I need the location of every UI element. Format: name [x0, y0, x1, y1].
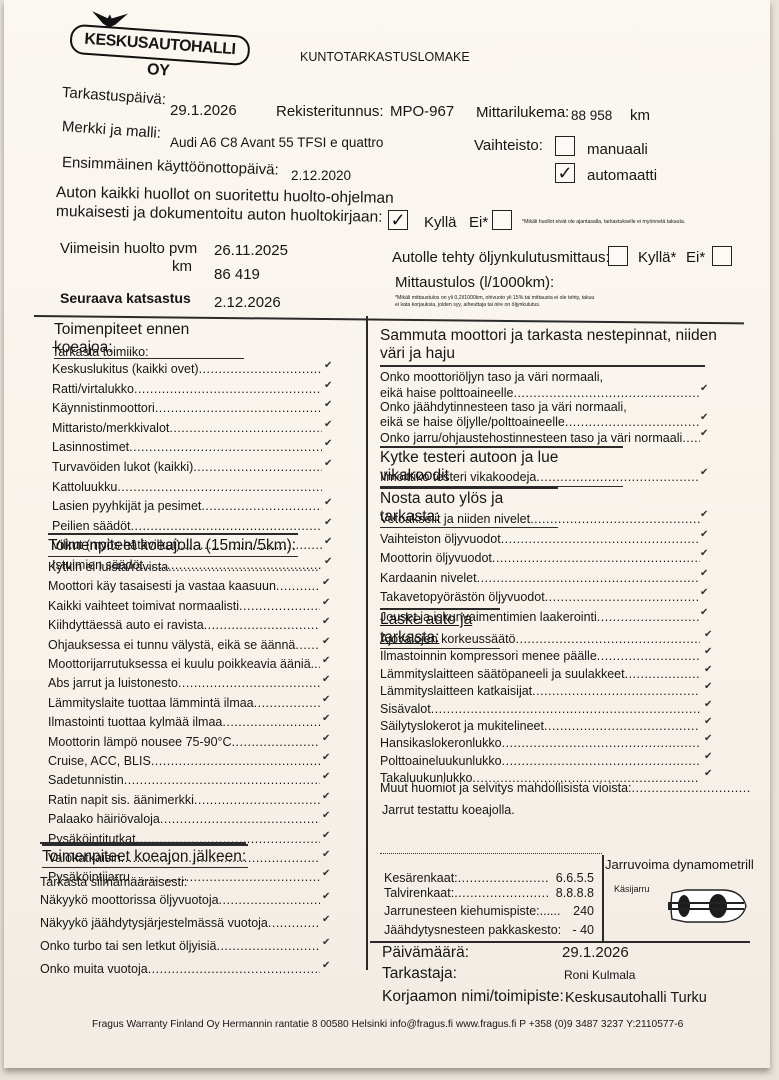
measurement-value[interactable]: - 40	[572, 923, 594, 937]
check-tick-icon[interactable]: ✔	[700, 383, 708, 394]
leader-dots	[501, 532, 700, 546]
check-tick-icon[interactable]: ✔	[322, 771, 330, 782]
checklist-item-label: Kytkin ei luista/ravista	[48, 560, 168, 574]
checklist-row: Sadetunnistin	[48, 773, 320, 787]
checklist-item-label: Kattoluukku	[52, 480, 117, 494]
oil-measurement-yes-checkbox[interactable]	[608, 246, 628, 266]
check-tick-icon[interactable]: ✔	[700, 607, 708, 618]
checklist-row: Lasien pyyhkijät ja pesimet	[52, 499, 322, 513]
checklist-item-label: Vaihteiston öljyvuodot	[380, 532, 501, 546]
check-tick-icon[interactable]: ✔	[322, 849, 330, 860]
signoff-divider	[370, 941, 750, 943]
check-tick-icon[interactable]: ✔	[704, 664, 712, 675]
leader-dots	[314, 657, 320, 671]
leader-dots	[295, 638, 320, 652]
last-service-km: 86 419	[214, 266, 260, 283]
transmission-manual-label: manuaali	[587, 141, 648, 158]
checklist-row: Peilien säädöt	[52, 519, 322, 533]
check-tick-icon[interactable]: ✔	[324, 536, 332, 547]
brake-dyno-title: Jarruvoima dynamometrill	[605, 857, 754, 872]
oil-measurement-no-checkbox[interactable]	[712, 246, 732, 266]
checklist-row: Kiihdyttäessä auto ei ravista	[48, 618, 320, 632]
checklist-row: Lämmityslaite tuottaa lämmintä ilmaa	[48, 696, 320, 710]
checklist-item-label-line1: Onko moottoriöljyn taso ja väri normaali…	[380, 370, 603, 384]
checklist-item-label: Onko muita vuotoja	[40, 962, 148, 976]
leader-dots	[193, 460, 322, 474]
leader-dots	[117, 480, 322, 494]
measurements-divider	[602, 855, 604, 941]
check-tick-icon[interactable]: ✔	[700, 587, 708, 598]
make-model-label: Merkki ja malli:	[61, 118, 161, 142]
checklist-item-label: Vetoakselit ja niiden nivelet	[380, 512, 530, 526]
handbrake-label: Käsijarru	[614, 884, 650, 894]
company-logo: KESKUSAUTOHALLI OY	[68, 8, 254, 81]
leader-dots	[682, 431, 700, 445]
measurement-row: Talvirenkaat:8.8.8.8	[384, 886, 594, 900]
check-tick-icon[interactable]: ✔	[324, 399, 332, 410]
leader-dots	[276, 579, 320, 593]
check-tick-icon[interactable]: ✔	[322, 694, 330, 705]
checklist-item-label: Moottorijarrutuksessa ei kuulu poikkeavi…	[48, 657, 314, 671]
check-tick-icon[interactable]: ✔	[700, 509, 708, 520]
check-tick-icon[interactable]: ✔	[704, 629, 712, 640]
check-tick-icon[interactable]: ✔	[322, 891, 330, 902]
registration-value: MPO-967	[390, 103, 454, 120]
leader-dots	[597, 610, 700, 624]
check-tick-icon[interactable]: ✔	[322, 674, 330, 685]
checklist-row: Moottorijarrutuksessa ei kuulu poikkeavi…	[48, 657, 320, 671]
checklist-item-label: Onko jarru/ohjaustehostinnesteen taso ja…	[380, 431, 682, 445]
column-divider	[366, 316, 368, 970]
check-tick-icon[interactable]: ✔	[322, 752, 330, 763]
leader-dots	[565, 415, 700, 429]
checklist-row: Ilmoittiko testeri vikakoodeja	[380, 470, 700, 484]
oil-result-label: Mittaustulos (l/1000km):	[395, 274, 554, 291]
leader-dots	[492, 551, 700, 565]
checklist-item-label: Moottorin lämpö nousee 75-90°C	[48, 735, 232, 749]
leader-dots	[155, 401, 322, 415]
check-tick-icon[interactable]: ✔	[324, 419, 332, 430]
check-tick-icon[interactable]: ✔	[700, 467, 708, 478]
checklist-item-label: Lasinnostimet	[52, 440, 129, 454]
checklist-item-label: Abs jarrut ja luistonesto	[48, 676, 178, 690]
check-tick-icon[interactable]: ✔	[324, 556, 332, 567]
measurement-label: Kesärenkaat:	[384, 871, 458, 885]
leader-dots	[239, 599, 320, 613]
section-top-rule	[48, 533, 298, 535]
inspector-name: Roni Kulmala	[564, 968, 635, 982]
checklist-row: Onko jarru/ohjaustehostinnesteen taso ja…	[380, 431, 700, 445]
checklist-row: Näkyykö moottorissa öljyvuotoja	[40, 893, 320, 907]
workshop-label: Korjaamon nimi/toimipiste:	[382, 988, 564, 1006]
checklist-row: Näkyykö jäähdytysjärjestelmässä vuotoja	[40, 916, 320, 930]
checklist-item-label: Ratti/virtalukko	[52, 382, 134, 396]
car-top-view-icon	[666, 887, 748, 925]
section-top-rule	[40, 842, 246, 844]
automatic-check-mark: ✓	[557, 164, 572, 182]
check-tick-icon[interactable]: ✔	[322, 577, 330, 588]
checklist-row: eikä haise polttoaineelle	[380, 386, 700, 400]
leader-dots	[431, 702, 700, 716]
checklist-item-label: Moottori käy tasaisesti ja vastaa kaasuu…	[48, 579, 276, 593]
leader-dots	[544, 719, 700, 733]
checklist-item-label: Ajovalojen korkeussäätö	[380, 632, 516, 646]
left-section-title: Toimenpiteet koeajolla (15min/5km):	[48, 537, 298, 557]
check-tick-icon[interactable]: ✔	[704, 699, 712, 710]
leader-dots	[204, 618, 320, 632]
measurement-value[interactable]: 6.6.5.5	[556, 871, 594, 885]
check-tick-icon[interactable]: ✔	[322, 636, 330, 647]
service-footnote: *Mikäli huollot eivät ole ajantasalla, t…	[522, 219, 685, 226]
checklist-item-label: Kiihdyttäessä auto ei ravista	[48, 618, 204, 632]
checklist-item-label: Kaikki vaihteet toimivat normaalisti	[48, 599, 239, 613]
leader-dots	[216, 939, 320, 953]
checklist-item-label: Takavetopyörästön öljyvuodot	[380, 590, 545, 604]
check-tick-icon[interactable]: ✔	[324, 517, 332, 528]
checklist-item-label: Cruise, ACC, BLIS	[48, 754, 151, 768]
check-tick-icon[interactable]: ✔	[704, 681, 712, 692]
check-tick-icon[interactable]: ✔	[322, 713, 330, 724]
checklist-row: eikä se haise öljylle/polttoaineelle	[380, 415, 700, 429]
check-tick-icon[interactable]: ✔	[324, 438, 332, 449]
inspection-date-label: Tarkastuspäivä:	[61, 84, 166, 108]
company-logo-text: KESKUSAUTOHALLI OY	[69, 24, 251, 66]
checklist-item-label: Ilmastointi tuottaa kylmää ilmaa	[48, 715, 222, 729]
leader-dots	[178, 676, 320, 690]
checklist-item-label: Moottorin öljyvuodot	[380, 551, 492, 565]
checklist-item-label: Polttoaineluukunlukko	[380, 754, 502, 768]
checklist-row: Hansikaslokeronlukko	[380, 736, 700, 750]
transmission-label: Vaihteisto:	[474, 137, 543, 154]
checklist-row: Kytkin ei luista/ravista	[48, 560, 320, 574]
check-tick-icon[interactable]: ✔	[322, 960, 330, 971]
inspector-label: Tarkastaja:	[382, 965, 457, 983]
check-tick-icon[interactable]: ✔	[704, 733, 712, 744]
checklist-row: Sisävalot	[380, 702, 700, 716]
signoff-date-label: Päivämäärä:	[382, 944, 469, 962]
checklist-item-label: Sadetunnistin	[48, 773, 124, 787]
checklist-item-label: Kardaanin nivelet	[380, 571, 477, 585]
checklist-row: Ratin napit sis. äänimerkki	[48, 793, 320, 807]
check-tick-icon[interactable]: ✔	[322, 616, 330, 627]
checklist-item-label: Palaako häiriövaloja	[48, 812, 160, 826]
check-tick-icon[interactable]: ✔	[700, 568, 708, 579]
measurement-value[interactable]: 8.8.8.8	[556, 886, 594, 900]
checklist-item-label: Lämmityslaitteen katkaisijat	[380, 684, 532, 698]
leader-dots	[168, 560, 320, 574]
leader-dots	[532, 684, 700, 698]
checklist-item-label: Ilmastoinnin kompressori menee päälle	[380, 649, 597, 663]
check-tick-icon[interactable]: ✔	[704, 768, 712, 779]
check-tick-icon[interactable]: ✔	[704, 716, 712, 727]
leader-dots	[477, 571, 700, 585]
leader-dots	[160, 812, 320, 826]
checklist-row: Vaihteiston öljyvuodot	[380, 532, 700, 546]
check-tick-icon[interactable]: ✔	[322, 810, 330, 821]
oil-measurement-yes-label: Kyllä*	[638, 249, 676, 266]
footer-contact: Fragus Warranty Finland Oy Hermannin ran…	[92, 1019, 683, 1030]
leader-dots	[222, 715, 320, 729]
leader-dots	[199, 362, 322, 376]
checklist-row: Lasinnostimet	[52, 440, 322, 454]
service-yes-checkbox[interactable]: ✓	[388, 210, 408, 230]
checklist-row: Onko turbo tai sen letkut öljyisiä	[40, 939, 320, 953]
measurement-label: Jarrunesteen kiehumispiste:......	[384, 904, 560, 918]
other-notes-label: Muut huomiot ja selvitys mahdollisista v…	[380, 781, 632, 795]
checklist-row: Moottori käy tasaisesti ja vastaa kaasuu…	[48, 579, 320, 593]
checklist-item-label: Lämmityslaitteen säätöpaneeli ja suulakk…	[380, 667, 625, 681]
checklist-row: Keskuslukitus (kaikki ovet)	[52, 362, 322, 376]
check-tick-icon[interactable]: ✔	[704, 751, 712, 762]
check-tick-icon[interactable]: ✔	[700, 529, 708, 540]
form-title: KUNTOTARKASTUSLOMAKE	[300, 50, 470, 64]
leader-dots	[201, 499, 322, 513]
check-tick-icon[interactable]: ✔	[322, 830, 330, 841]
service-no-checkbox[interactable]	[492, 210, 512, 230]
first-registration-value: 2.12.2020	[291, 168, 351, 183]
measurement-label: Jäähdytysnesteen pakkaskesto:	[384, 923, 561, 937]
leader-dots	[232, 735, 320, 749]
left-section-title: Toimenpiteet koeajon jälkeen:	[42, 848, 248, 868]
leader-dots	[151, 754, 320, 768]
checklist-item-label: eikä haise polttoaineelle	[380, 386, 513, 400]
last-service-km-label: km	[172, 258, 192, 275]
next-inspection-date: 2.12.2026	[214, 294, 281, 311]
left-section-subtitle: Tarkasta toimiiko:	[52, 345, 149, 359]
checklist-item-label: Säilytyslokerot ja mukitelineet	[380, 719, 544, 733]
oil-measurement-no-label: Ei*	[686, 249, 705, 266]
transmission-automatic-checkbox[interactable]: ✓	[555, 163, 575, 183]
checklist-item-label: Onko turbo tai sen letkut öljyisiä	[40, 939, 216, 953]
measurements-top-dotted-line	[380, 853, 602, 854]
checklist-item-label: Lämmityslaite tuottaa lämmintä ilmaa	[48, 696, 254, 710]
checklist-item-label: Keskuslukitus (kaikki ovet)	[52, 362, 199, 376]
inspection-form-paper: KESKUSAUTOHALLI OY KUNTOTARKASTUSLOMAKE …	[4, 0, 770, 1068]
checklist-item-label-line1: Onko jäähdytinnesteen taso ja väri norma…	[380, 400, 627, 414]
checklist-row: Ilmastoinnin kompressori menee päälle	[380, 649, 700, 663]
leader-dots	[169, 421, 322, 435]
checklist-row: Ratti/virtalukko	[52, 382, 322, 396]
check-tick-icon[interactable]: ✔	[322, 655, 330, 666]
leader-dots	[268, 916, 320, 930]
checklist-item-label: Turvavöiden lukot (kaikki)	[52, 460, 193, 474]
checklist-row: Vetoakselit ja niiden nivelet	[380, 512, 700, 526]
check-tick-icon[interactable]: ✔	[704, 646, 712, 657]
measurement-row: Kesärenkaat:6.6.5.5	[384, 871, 594, 885]
leader-dots	[530, 512, 700, 526]
checklist-row: Cruise, ACC, BLIS	[48, 754, 320, 768]
check-tick-icon[interactable]: ✔	[700, 412, 708, 423]
leader-dots	[124, 773, 320, 787]
checklist-item-label: Hansikaslokeronlukko	[380, 736, 502, 750]
other-notes-text[interactable]: Jarrut testattu koeajolla.	[382, 803, 515, 817]
odometer-label: Mittarilukema:	[476, 104, 569, 121]
section-top-rule	[42, 844, 248, 846]
odometer-value: 88 958	[571, 108, 612, 123]
right-section-title: väri ja haju	[380, 345, 455, 363]
check-tick-icon[interactable]: ✔	[700, 548, 708, 559]
last-service-label: Viimeisin huolto pvm	[60, 240, 197, 257]
leader-dots	[148, 962, 320, 976]
checklist-row: Säilytyslokerot ja mukitelineet	[380, 719, 700, 733]
inspection-date-value: 29.1.2026	[170, 102, 237, 119]
checklist-item-label: Näkyykö jäähdytysjärjestelmässä vuotoja	[40, 916, 268, 930]
measurement-row: Jäähdytysnesteen pakkaskesto:- 40	[384, 923, 594, 937]
service-yes-label: Kyllä	[424, 214, 457, 231]
leader-dots	[254, 696, 320, 710]
leader-dots	[513, 386, 700, 400]
check-tick-icon[interactable]: ✔	[324, 458, 332, 469]
checklist-row: Moottorin lämpö nousee 75-90°C	[48, 735, 320, 749]
checklist-row: Moottorin öljyvuodot	[380, 551, 700, 565]
check-tick-icon[interactable]: ✔	[322, 937, 330, 948]
section-top-rule	[380, 446, 623, 448]
check-tick-icon[interactable]: ✔	[322, 791, 330, 802]
check-tick-icon[interactable]: ✔	[322, 868, 330, 879]
leader-dots	[131, 519, 322, 533]
leader-dots	[502, 754, 700, 768]
leader-dots	[597, 649, 700, 663]
check-tick-icon[interactable]: ✔	[324, 380, 332, 391]
oil-footnote-line1: *Mikäli mittaustulos on yli 0,2l/1000km,…	[395, 295, 594, 302]
leader-dots	[502, 736, 700, 750]
section-top-rule	[380, 487, 558, 489]
section-top-rule	[380, 608, 500, 610]
checklist-row: Abs jarrut ja luistonesto	[48, 676, 320, 690]
transmission-manual-checkbox[interactable]	[555, 136, 575, 156]
checklist-item-label: Käynnistinmoottori	[52, 401, 155, 415]
leader-dots	[625, 667, 700, 681]
checklist-row: Turvavöiden lukot (kaikki)	[52, 460, 322, 474]
right-section-title: Sammuta moottori ja tarkasta nestepinnat…	[380, 327, 717, 345]
checklist-item-label: eikä se haise öljylle/polttoaineelle	[380, 415, 565, 429]
measurement-value[interactable]: 240	[573, 904, 594, 918]
checklist-item-label: Lasien pyyhkijät ja pesimet	[52, 499, 201, 513]
signoff-date-value: 29.1.2026	[562, 944, 629, 961]
checklist-row: Lämmityslaitteen säätöpaneeli ja suulakk…	[380, 667, 700, 681]
checklist-row: Kaikki vaihteet toimivat normaalisti	[48, 599, 320, 613]
checklist-item-label: Ohjauksessa ei tunnu välystä, eikä se ää…	[48, 638, 295, 652]
checklist-row: Polttoaineluukunlukko	[380, 754, 700, 768]
next-inspection-label: Seuraava katsastus	[60, 290, 191, 306]
checklist-row: Mittaristo/merkkivalot	[52, 421, 322, 435]
checklist-item-label: Ratin napit sis. äänimerkki	[48, 793, 194, 807]
registration-label: Rekisteritunnus:	[276, 103, 384, 120]
leader-dots	[219, 893, 320, 907]
leader-dots	[536, 470, 700, 484]
leader-dots	[545, 590, 700, 604]
checklist-row: Ajovalojen korkeussäätö	[380, 632, 700, 646]
make-model-value: Audi A6 C8 Avant 55 TFSI e quattro	[170, 135, 383, 150]
other-notes-row: Muut huomiot ja selvitys mahdollisista v…	[380, 781, 750, 795]
check-tick-icon[interactable]: ✔	[700, 428, 708, 439]
checklist-row: Käynnistinmoottori	[52, 401, 322, 415]
checklist-item-label: Näkyykö moottorissa öljyvuotoja	[40, 893, 219, 907]
check-tick-icon[interactable]: ✔	[322, 597, 330, 608]
workshop-name: Keskusautohalli Turku	[565, 990, 707, 1006]
oil-measurement-label: Autolle tehty öljynkulutusmittaus:	[392, 249, 610, 266]
checklist-row: Takavetopyörästön öljyvuodot	[380, 590, 700, 604]
oil-footnote-line2: ei kata korjauksia, joiden syy, aiheutta…	[395, 302, 540, 309]
checklist-item-label: Sisävalot	[380, 702, 431, 716]
checklist-row: Lämmityslaitteen katkaisijat	[380, 684, 700, 698]
check-tick-icon[interactable]: ✔	[322, 914, 330, 925]
first-registration-label: Ensimmäinen käyttöönottopäivä:	[62, 154, 279, 179]
service-yes-check-mark: ✓	[390, 211, 405, 229]
checklist-row: Palaako häiriövaloja	[48, 812, 320, 826]
checklist-row: Kattoluukku	[52, 480, 322, 494]
section-underline	[380, 365, 705, 367]
odometer-unit: km	[630, 107, 650, 124]
check-tick-icon[interactable]: ✔	[322, 733, 330, 744]
checklist-item-label: Mittaristo/merkkivalot	[52, 421, 169, 435]
last-service-date: 26.11.2025	[214, 242, 288, 259]
checklist-row: Ilmastointi tuottaa kylmää ilmaa	[48, 715, 320, 729]
checklist-item-label: Peilien säädöt	[52, 519, 131, 533]
service-no-label: Ei*	[469, 214, 488, 231]
left-section-subtitle: Tarkasta silmämääräisesti:	[40, 875, 187, 889]
checklist-row: Ohjauksessa ei tunnu välystä, eikä se ää…	[48, 638, 320, 652]
leader-dots	[194, 793, 320, 807]
measurement-row: Jarrunesteen kiehumispiste:......240	[384, 904, 594, 918]
leader-dots	[134, 382, 322, 396]
check-tick-icon[interactable]: ✔	[324, 497, 332, 508]
leader-dots	[129, 440, 322, 454]
checklist-item-label: Ilmoittiko testeri vikakoodeja	[380, 470, 536, 484]
checklist-row: Onko muita vuotoja	[40, 962, 320, 976]
measurement-label: Talvirenkaat:	[384, 886, 454, 900]
leader-dots	[516, 632, 701, 646]
check-tick-icon[interactable]: ✔	[324, 360, 332, 371]
transmission-automatic-label: automaatti	[587, 167, 657, 184]
checklist-row: Kardaanin nivelet	[380, 571, 700, 585]
